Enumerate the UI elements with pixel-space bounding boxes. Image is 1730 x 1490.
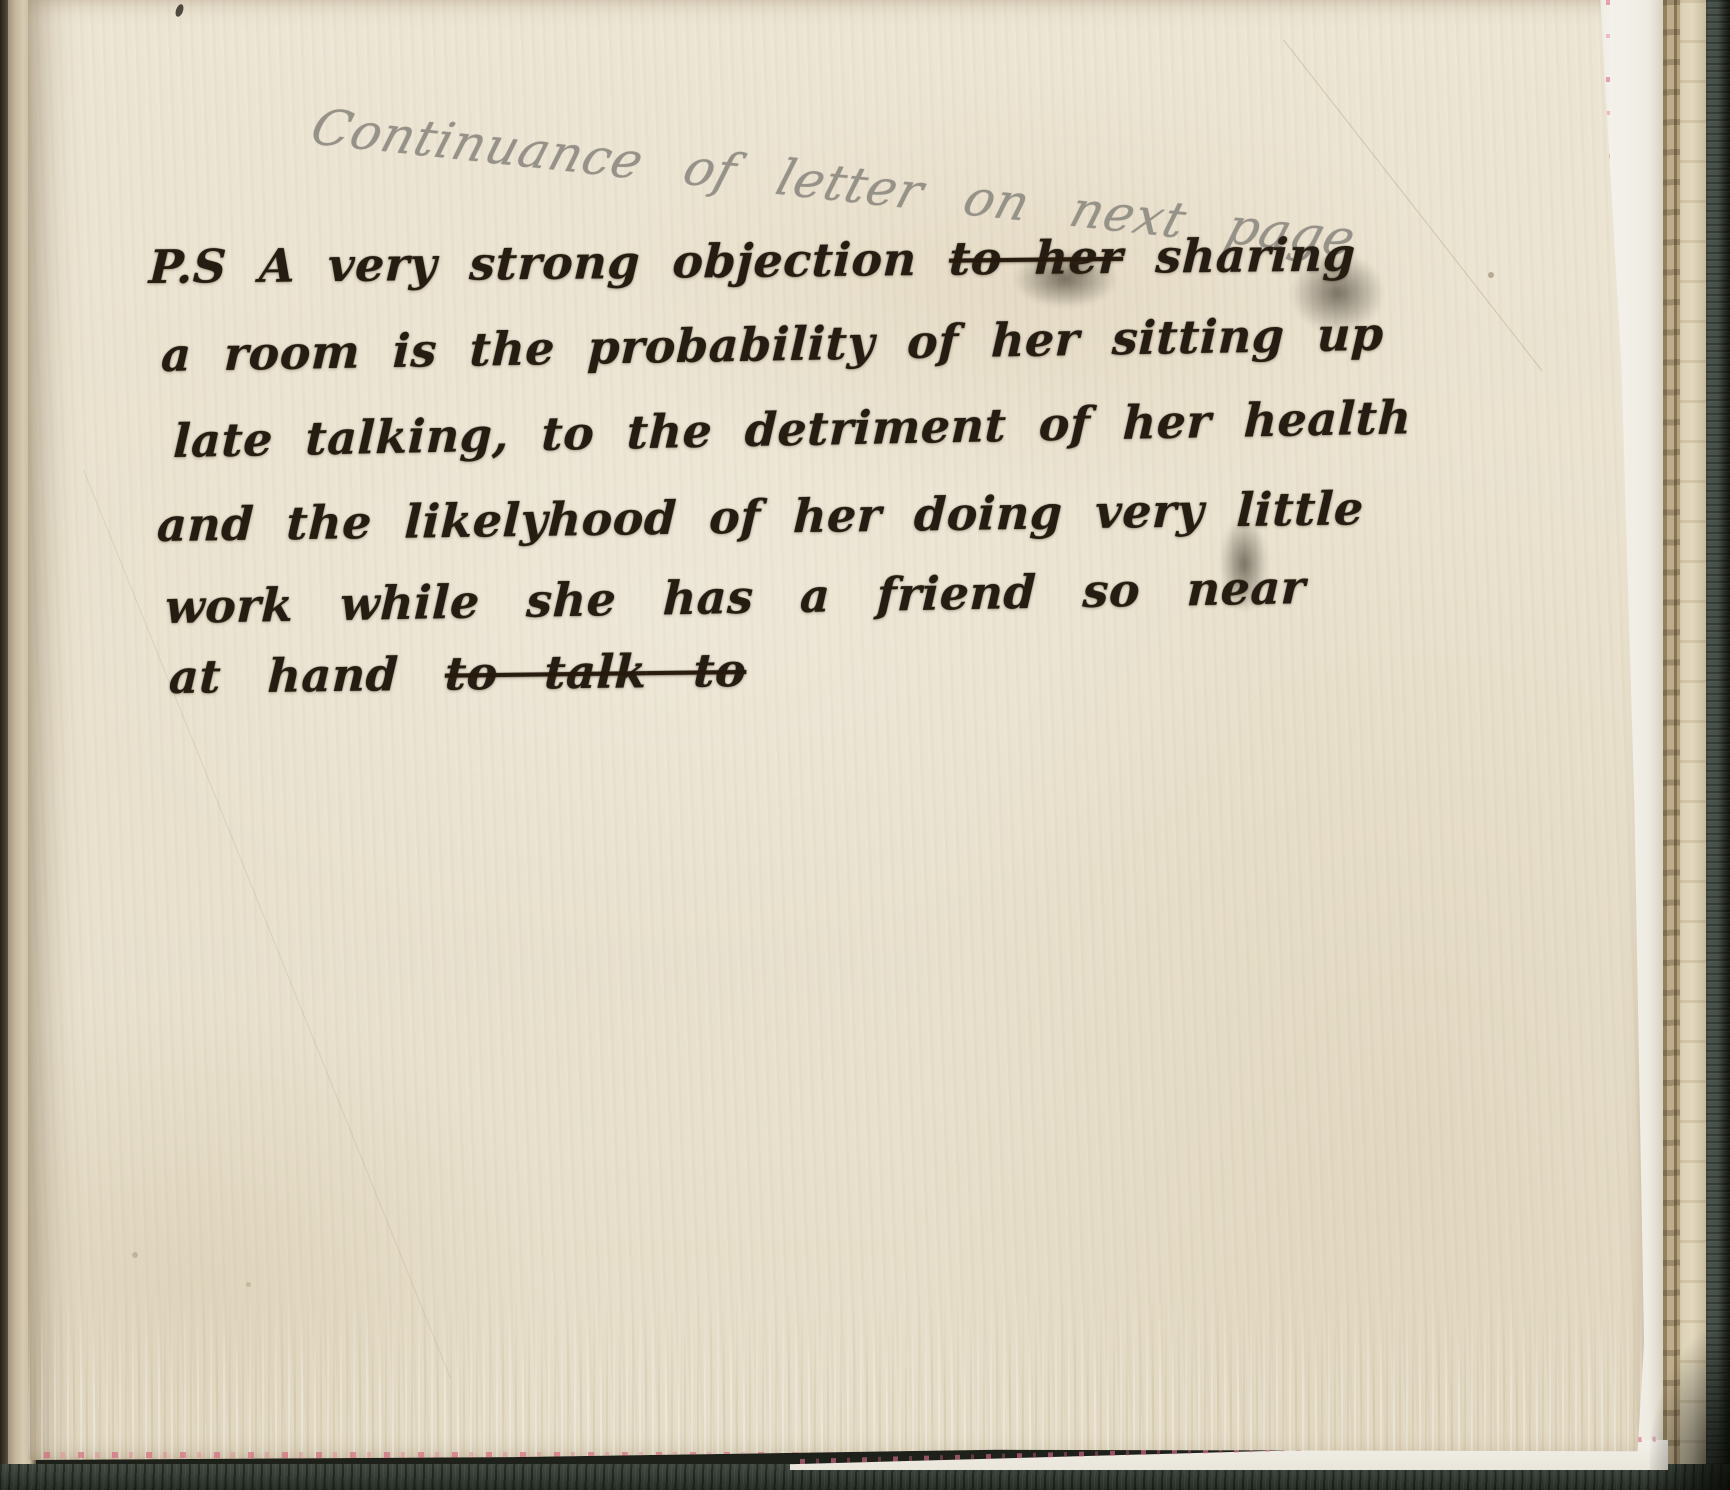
paper-blemish	[174, 3, 185, 18]
ink-line-2: a room is the probability of her sitting…	[160, 311, 1384, 378]
ink-text-struck-out: to her	[948, 230, 1124, 286]
ink-text: P.S A very strong objection	[148, 232, 950, 294]
ink-text: at hand	[168, 647, 446, 704]
corner-shadow	[1650, 1330, 1730, 1490]
ink-text: sharing	[1122, 227, 1357, 283]
ink-line-6: at hand to talk to	[168, 647, 747, 700]
ink-text-struck-out: to	[646, 643, 748, 698]
ink-line-5: work while she has a friend so near	[164, 564, 1306, 630]
manuscript-page: Continuance of letter on next page P.S A…	[28, 0, 1644, 1460]
paper-blemish	[132, 1252, 138, 1258]
paper-blemish	[246, 1282, 251, 1287]
paper-blemish	[1488, 272, 1494, 278]
ink-text-struck-out: to talk	[444, 644, 648, 700]
paper-fiber-texture	[28, 1290, 1644, 1460]
ink-line-1: P.S A very strong objection to her shari…	[148, 231, 1356, 290]
ink-line-4: and the likelyhood of her doing very lit…	[156, 485, 1364, 548]
ink-line-3: late talking, to the detriment of her he…	[172, 394, 1412, 464]
